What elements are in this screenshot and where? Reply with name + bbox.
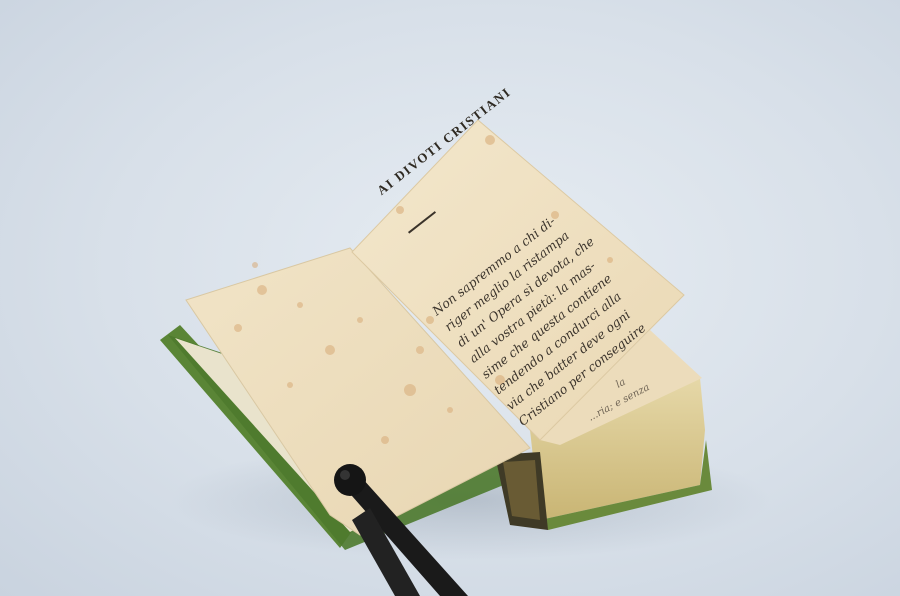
- photo-scene: AI DIVOTI CRISTIANI Non sapremmo a chi d…: [0, 0, 900, 596]
